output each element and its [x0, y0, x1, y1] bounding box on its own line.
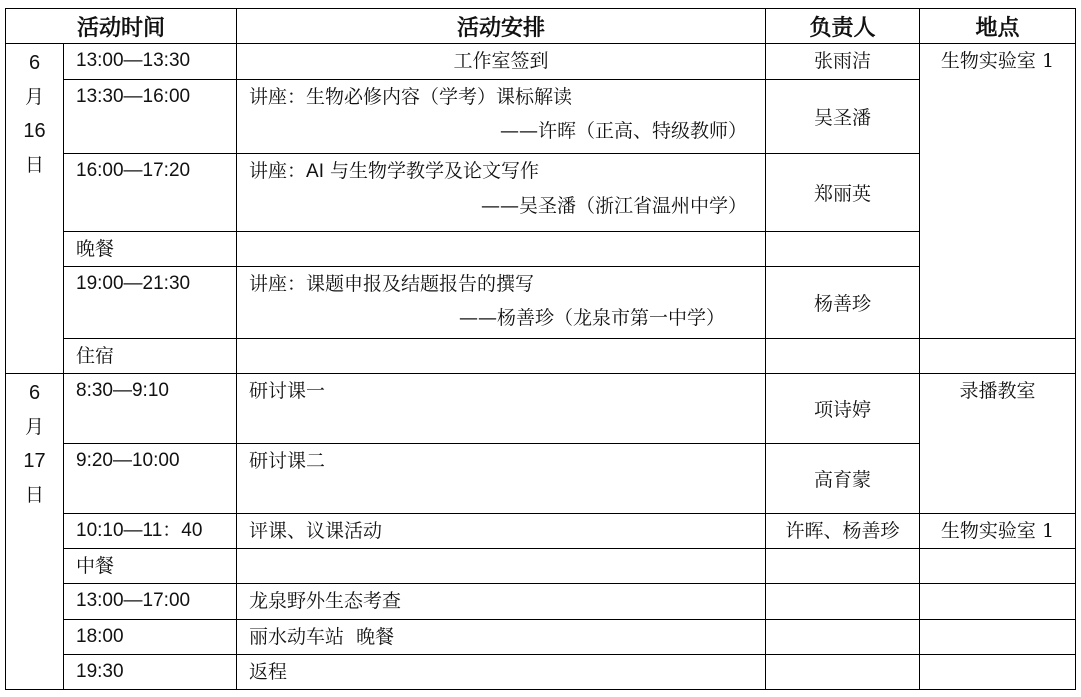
- time-cell: 9:20—10:00: [64, 444, 237, 514]
- time-cell: 中餐: [64, 549, 237, 584]
- table-row: 13:30—16:00 讲座：生物必修内容（学考）课标解读 ——许晖（正高、特级…: [6, 80, 1076, 154]
- time-cell: 晚餐: [64, 232, 237, 267]
- place-cell: [920, 339, 1076, 374]
- activity-cell: 工作室签到: [237, 44, 766, 80]
- place-cell: [920, 549, 1076, 584]
- person-cell: [766, 339, 920, 374]
- date-cell-day1: 6 月 16 日: [6, 44, 64, 374]
- table-row: 19:00—21:30 讲座：课题申报及结题报告的撰写 ——杨善珍（龙泉市第一中…: [6, 267, 1076, 339]
- table-row: 9:20—10:00 研讨课二 高育蒙: [6, 444, 1076, 514]
- activity-cell: 研讨课二: [237, 444, 766, 514]
- table-row: 10:10—11：40 评课、议课活动 许晖、杨善珍 生物实验室 1: [6, 514, 1076, 549]
- date-month-num: 6: [6, 376, 63, 410]
- table-row: 6 月 16 日 13:00—13:30 工作室签到 张雨洁 生物实验室 1: [6, 44, 1076, 80]
- header-time: 活动时间: [6, 9, 237, 44]
- table-row: 16:00—17:20 讲座：AI 与生物学教学及论文写作 ——吴圣潘（浙江省温…: [6, 154, 1076, 232]
- place-cell: [920, 655, 1076, 690]
- header-row: 活动时间 活动安排 负责人 地点: [6, 9, 1076, 44]
- schedule-table: 活动时间 活动安排 负责人 地点 6 月 16 日 13:00—13:30 工作…: [5, 8, 1076, 690]
- table-row: 中餐: [6, 549, 1076, 584]
- activity-cell: 讲座：AI 与生物学教学及论文写作 ——吴圣潘（浙江省温州中学）: [237, 154, 766, 232]
- place-cell: 生物实验室 1: [920, 44, 1076, 339]
- person-cell: 项诗婷: [766, 374, 920, 444]
- time-cell: 16:00—17:20: [64, 154, 237, 232]
- activity-speaker: ——杨善珍（龙泉市第一中学）: [249, 301, 765, 335]
- activity-cell: 研讨课一: [237, 374, 766, 444]
- activity-rest: 与生物学教学及论文写作: [330, 160, 539, 182]
- date-month-num: 6: [6, 46, 63, 80]
- person-cell: [766, 549, 920, 584]
- table-row: 18:00 丽水动车站 晚餐: [6, 620, 1076, 655]
- date-day-char: 日: [6, 148, 63, 182]
- activity-cell: 龙泉野外生态考查: [237, 584, 766, 620]
- place-cell: 录播教室: [920, 374, 1076, 514]
- person-cell: 杨善珍: [766, 267, 920, 339]
- table-row: 13:00—17:00 龙泉野外生态考查: [6, 584, 1076, 620]
- time-cell: 13:30—16:00: [64, 80, 237, 154]
- date-day-num: 17: [6, 444, 63, 478]
- person-cell: [766, 655, 920, 690]
- activity-title: 讲座：生物必修内容（学考）课标解读: [249, 80, 765, 114]
- time-cell: 19:30: [64, 655, 237, 690]
- activity-cell: 讲座：课题申报及结题报告的撰写 ——杨善珍（龙泉市第一中学）: [237, 267, 766, 339]
- time-cell: 8:30—9:10: [64, 374, 237, 444]
- person-cell: 高育蒙: [766, 444, 920, 514]
- place-cell: 生物实验室 1: [920, 514, 1076, 549]
- time-cell: 18:00: [64, 620, 237, 655]
- header-activity: 活动安排: [237, 9, 766, 44]
- activity-title: 讲座：AI 与生物学教学及论文写作: [249, 154, 765, 189]
- table-row: 晚餐: [6, 232, 1076, 267]
- activity-cell: 返程: [237, 655, 766, 690]
- date-month-char: 月: [6, 80, 63, 114]
- person-cell: 吴圣潘: [766, 80, 920, 154]
- activity-cell: 评课、议课活动: [237, 514, 766, 549]
- date-day-char: 日: [6, 478, 63, 512]
- time-cell: 13:00—17:00: [64, 584, 237, 620]
- activity-cell: [237, 549, 766, 584]
- table-row: 住宿: [6, 339, 1076, 374]
- activity-prefix: 讲座：: [249, 160, 306, 182]
- person-cell: [766, 232, 920, 267]
- person-cell: [766, 584, 920, 620]
- person-cell: 郑丽英: [766, 154, 920, 232]
- header-person: 负责人: [766, 9, 920, 44]
- table-row: 6 月 17 日 8:30—9:10 研讨课一 项诗婷 录播教室: [6, 374, 1076, 444]
- activity-cell: [237, 339, 766, 374]
- date-month-char: 月: [6, 410, 63, 444]
- activity-cell: [237, 232, 766, 267]
- activity-speaker: ——吴圣潘（浙江省温州中学）: [249, 189, 765, 223]
- person-cell: [766, 620, 920, 655]
- time-cell: 住宿: [64, 339, 237, 374]
- place-cell: [920, 584, 1076, 620]
- time-cell: 19:00—21:30: [64, 267, 237, 339]
- time-cell: 10:10—11：40: [64, 514, 237, 549]
- table-row: 19:30 返程: [6, 655, 1076, 690]
- date-day-num: 16: [6, 114, 63, 148]
- activity-speaker: ——许晖（正高、特级教师）: [249, 114, 765, 148]
- time-cell: 13:00—13:30: [64, 44, 237, 80]
- activity-cell: 讲座：生物必修内容（学考）课标解读 ——许晖（正高、特级教师）: [237, 80, 766, 154]
- person-cell: 许晖、杨善珍: [766, 514, 920, 549]
- activity-cell: 丽水动车站 晚餐: [237, 620, 766, 655]
- person-cell: 张雨洁: [766, 44, 920, 80]
- activity-latin: AI: [306, 161, 324, 182]
- header-place: 地点: [920, 9, 1076, 44]
- date-cell-day2: 6 月 17 日: [6, 374, 64, 690]
- activity-title: 讲座：课题申报及结题报告的撰写: [249, 267, 765, 301]
- place-cell: [920, 620, 1076, 655]
